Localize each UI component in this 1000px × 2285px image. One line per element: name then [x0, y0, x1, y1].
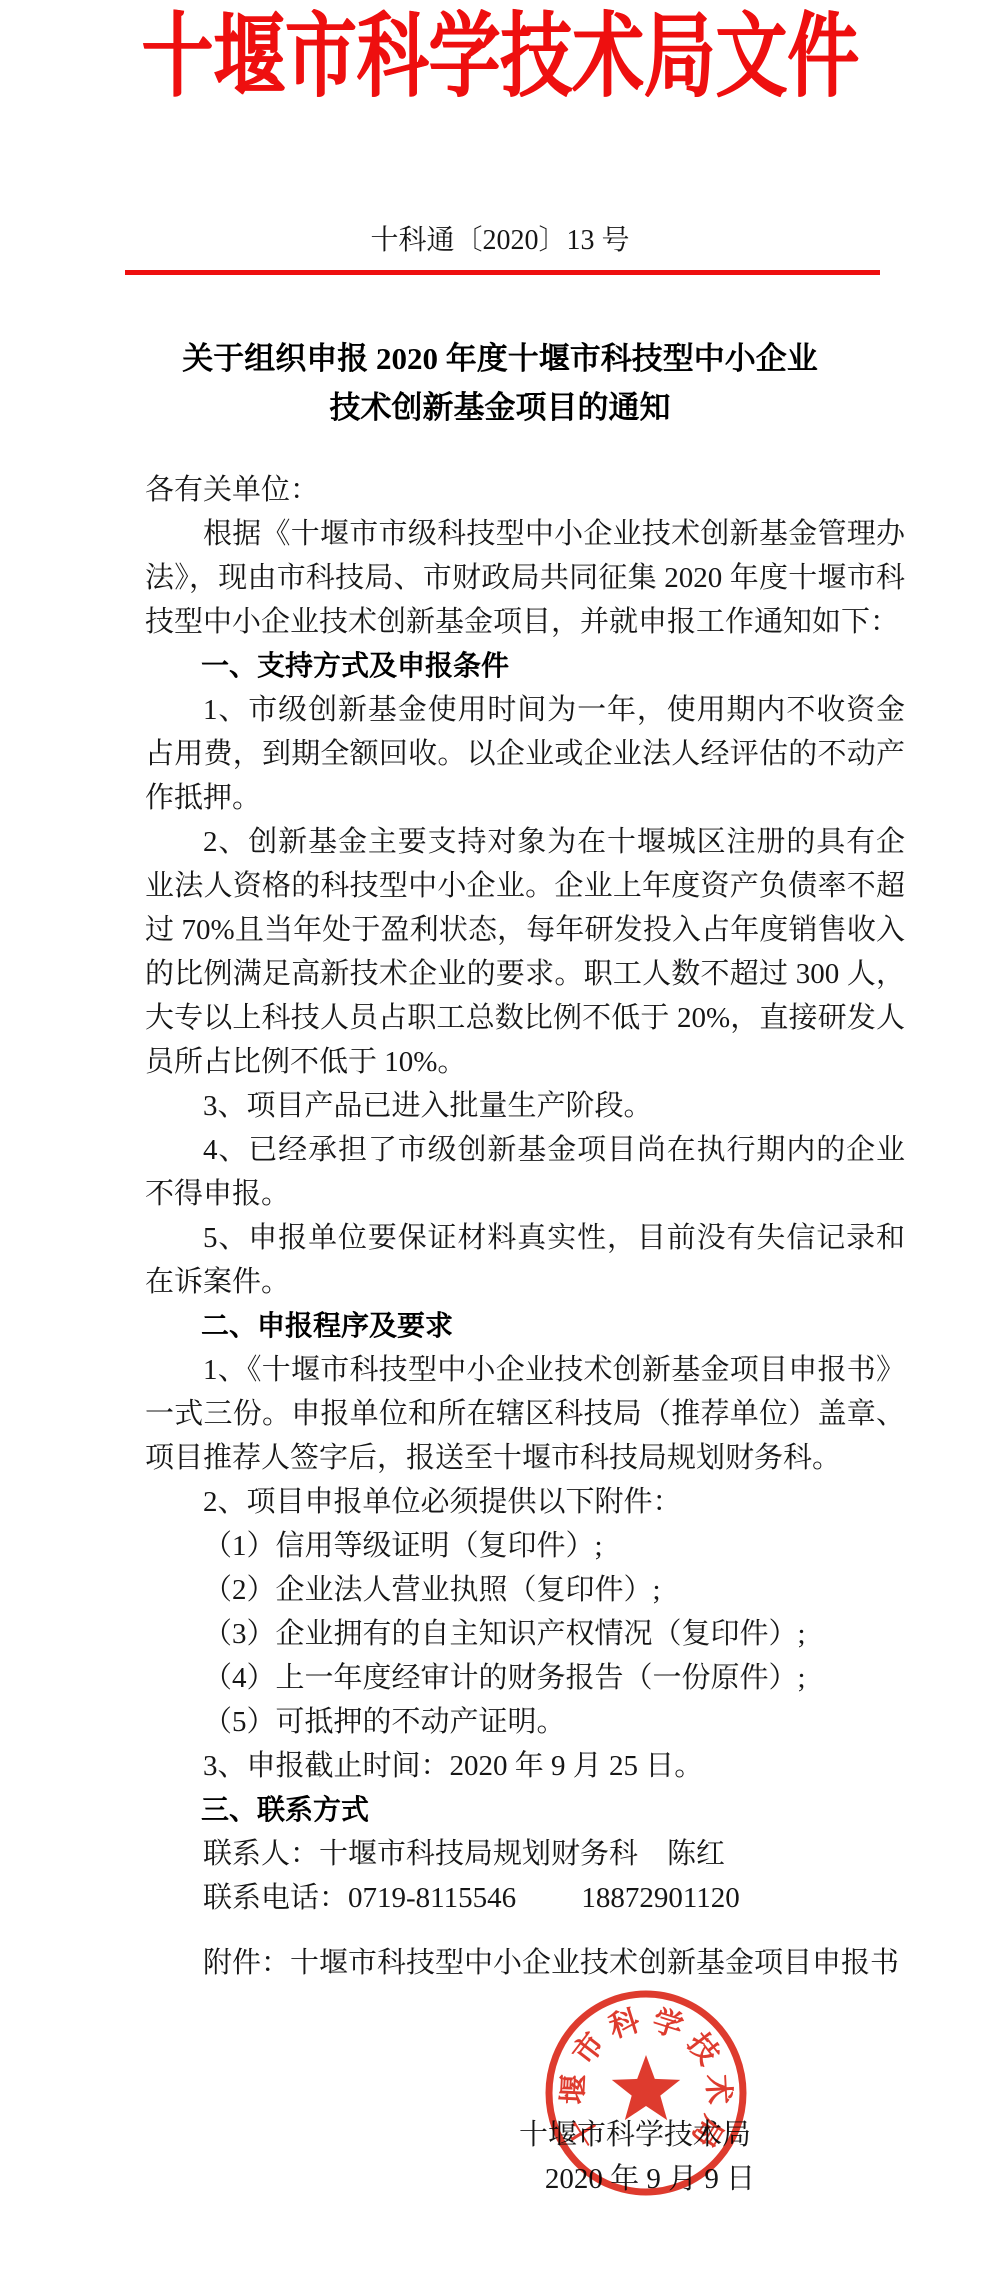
- signature-date: 2020 年 9 月 9 日: [460, 2156, 840, 2197]
- paragraph: （2）企业法人营业执照（复印件）;: [145, 1568, 905, 1612]
- attachment-line: 附件：十堰市科技型中小企业技术创新基金项目申报书: [145, 1941, 905, 1985]
- paragraph: 3、项目产品已进入批量生产阶段。: [145, 1084, 905, 1128]
- title-line-2: 技术创新基金项目的通知: [0, 383, 1000, 432]
- section-heading: 二、申报程序及要求: [145, 1304, 905, 1348]
- seal-character: 科: [605, 2003, 644, 2044]
- seal-character: 学: [648, 2004, 686, 2044]
- paragraph: 5、申报单位要保证材料真实性，目前没有失信记录和在诉案件。: [145, 1216, 905, 1304]
- section-heading: 三、联系方式: [145, 1788, 905, 1832]
- paragraph: 3、申报截止时间：2020 年 9 月 25 日。: [145, 1744, 905, 1788]
- document-body: 各有关单位： 根据《十堰市市级科技型中小企业技术创新基金管理办法》，现由市科技局…: [145, 468, 905, 1985]
- paragraph: （4）上一年度经审计的财务报告（一份原件）;: [145, 1656, 905, 1700]
- title-line-1: 关于组织申报 2020 年度十堰市科技型中小企业: [0, 334, 1000, 383]
- paragraph: 根据《十堰市市级科技型中小企业技术创新基金管理办法》，现由市科技局、市财政局共同…: [145, 512, 905, 644]
- paragraph: （3）企业拥有的自主知识产权情况（复印件）;: [145, 1612, 905, 1656]
- paragraph: 1、市级创新基金使用时间为一年，使用期内不收资金占用费，到期全额回收。以企业或企…: [145, 688, 905, 820]
- signature-agency: 十堰市科学技术局: [445, 2112, 825, 2153]
- salutation: 各有关单位：: [145, 468, 905, 512]
- section-heading: 一、支持方式及申报条件: [145, 644, 905, 688]
- paragraph: （1）信用等级证明（复印件）;: [145, 1524, 905, 1568]
- paragraph: 联系人：十堰市科技局规划财务科 陈红: [145, 1832, 905, 1876]
- paragraph: （5）可抵押的不动产证明。: [145, 1700, 905, 1744]
- paragraph: 2、创新基金主要支持对象为在十堰城区注册的具有企业法人资格的科技型中小企业。企业…: [145, 820, 905, 1084]
- document-page: 十堰市科学技术局文件 十科通〔2020〕13 号 关于组织申报 2020 年度十…: [0, 0, 1000, 2285]
- doc-number: 十科通〔2020〕13 号: [0, 218, 1000, 258]
- seal-character: 堰: [557, 2074, 591, 2106]
- seal-character: 技: [681, 2027, 725, 2071]
- red-divider: [125, 270, 880, 275]
- agency-banner: 十堰市科学技术局文件: [110, 0, 890, 115]
- seal-character: 市: [567, 2027, 611, 2071]
- paragraph-list: 根据《十堰市市级科技型中小企业技术创新基金管理办法》，现由市科技局、市财政局共同…: [145, 512, 905, 1920]
- paragraph: 1、《十堰市科技型中小企业技术创新基金项目申报书》一式三份。申报单位和所在辖区科…: [145, 1348, 905, 1480]
- paragraph: 2、项目申报单位必须提供以下附件：: [145, 1480, 905, 1524]
- paragraph: 联系电话：0719-8115546 18872901120: [145, 1876, 905, 1920]
- seal-character: 术: [701, 2073, 736, 2106]
- document-title: 关于组织申报 2020 年度十堰市科技型中小企业 技术创新基金项目的通知: [0, 334, 1000, 432]
- paragraph: 4、已经承担了市级创新基金项目尚在执行期内的企业不得申报。: [145, 1128, 905, 1216]
- seal-star-icon: [612, 2055, 680, 2120]
